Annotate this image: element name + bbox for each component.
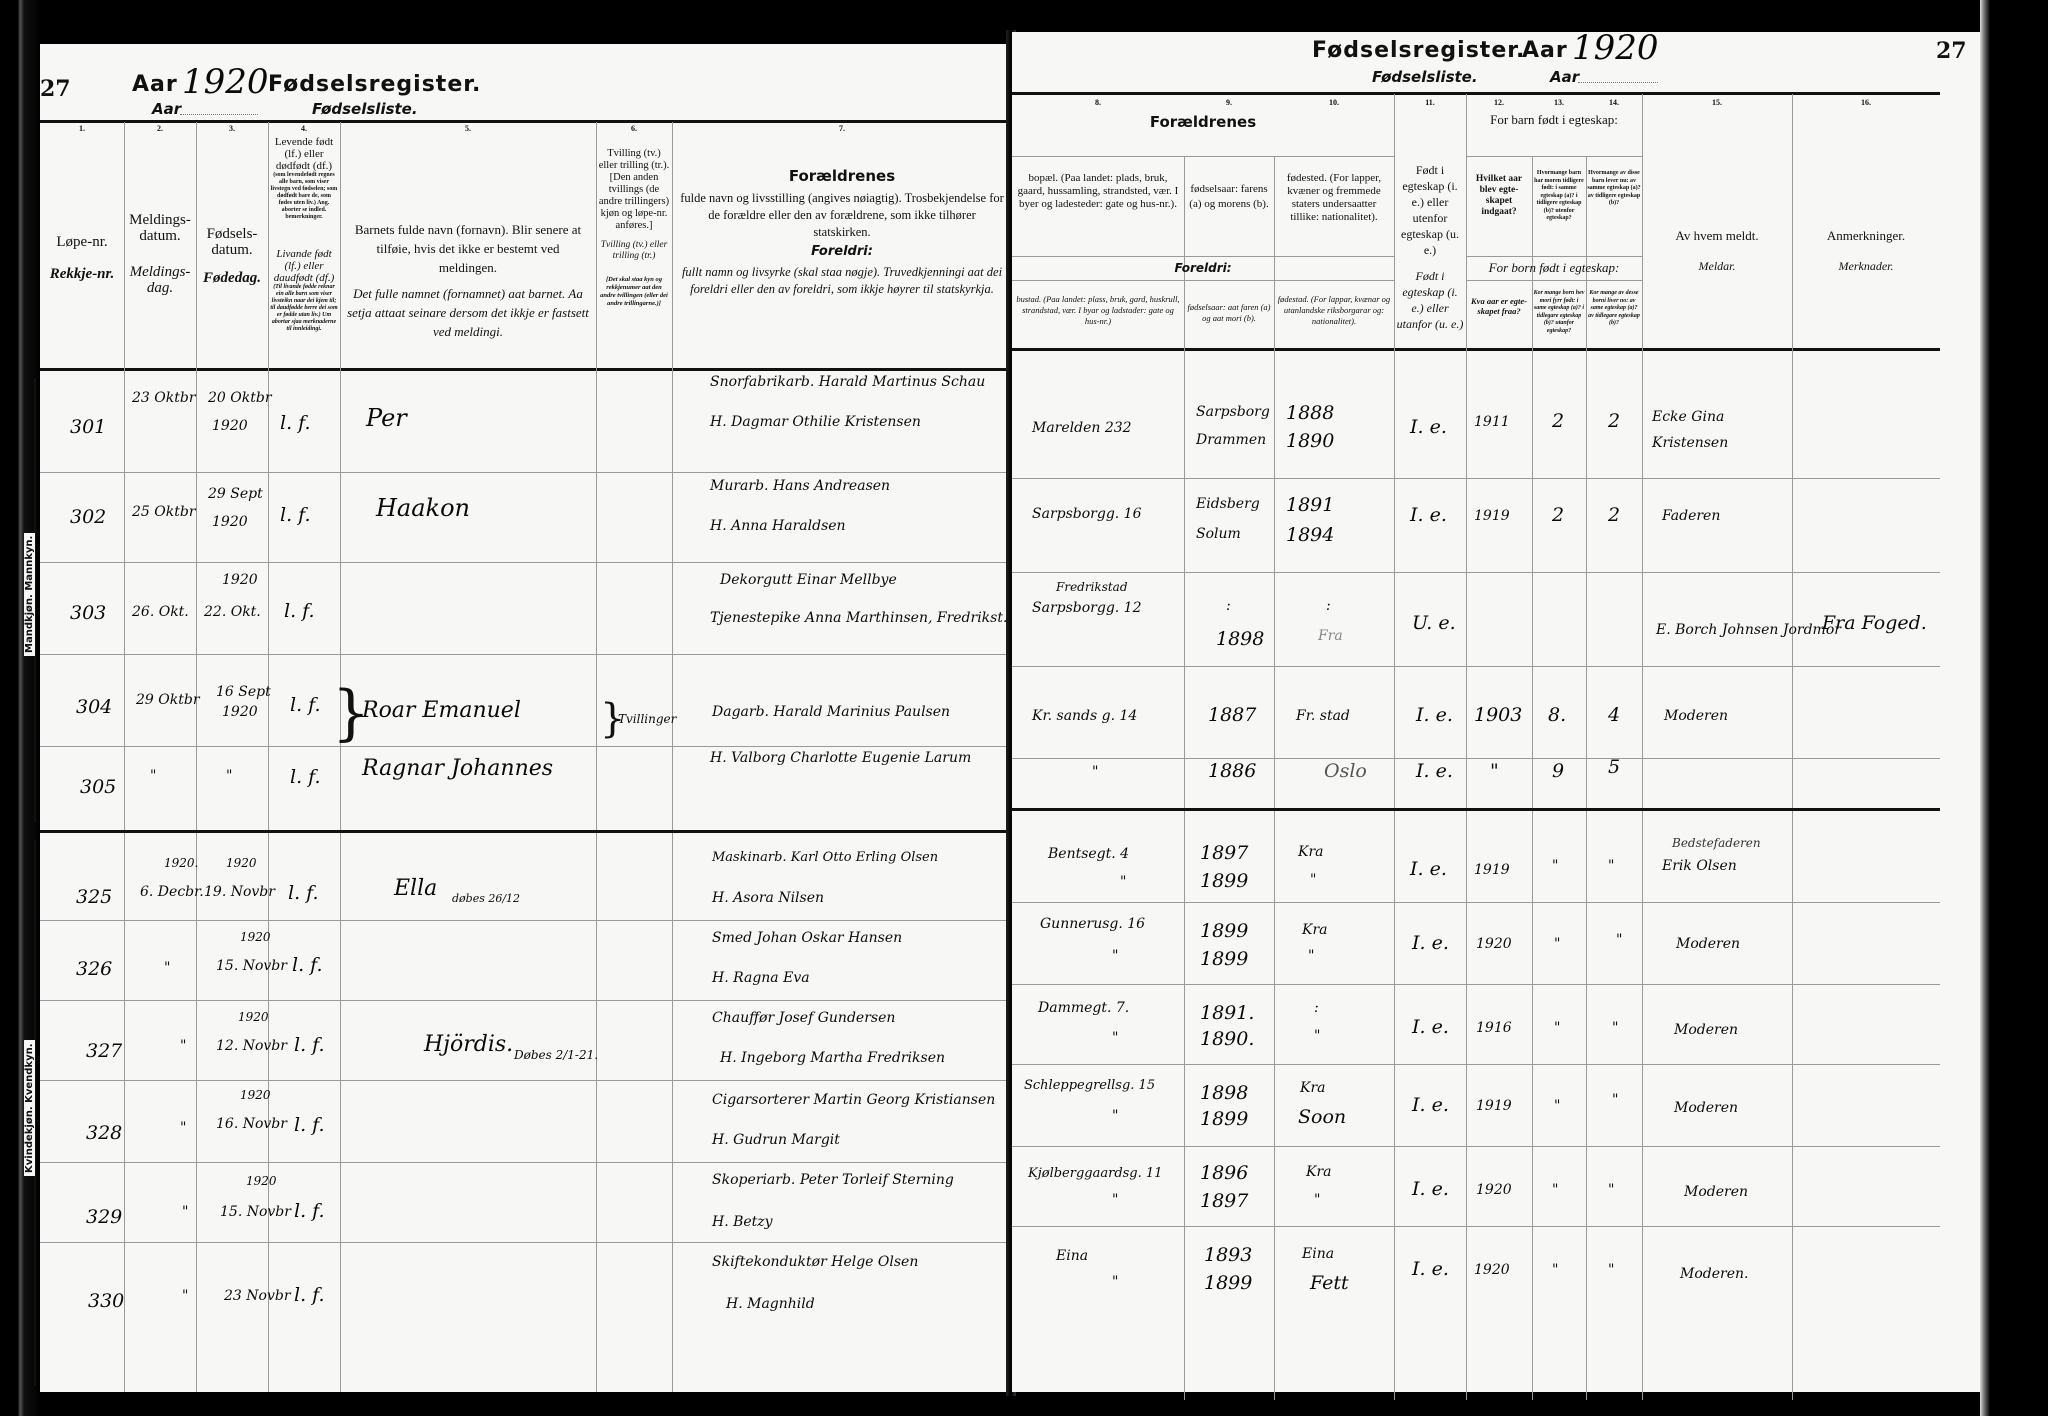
record-residence-note: Fredrikstad — [1056, 580, 1128, 594]
record-nr: 325 — [76, 886, 112, 908]
right-subtitle: Fødselsliste. — [1372, 68, 1478, 86]
row-divider — [1012, 902, 1940, 903]
record-residence: Bentsegt. 4 — [1048, 846, 1129, 862]
record-mother: H. Magnhild — [726, 1296, 815, 1312]
record-birth-year: 1920 — [240, 1088, 271, 1102]
row-divider — [40, 472, 1012, 473]
col-15-label-nn: Meldar. — [1642, 258, 1792, 274]
record-prior-children: " — [1552, 858, 1558, 874]
record-birthyear-mother: 1890 — [1286, 430, 1334, 452]
col-divider — [1792, 94, 1793, 1400]
record-reported-date: " — [164, 960, 170, 976]
record-residence-mother: " — [1112, 1274, 1118, 1290]
col-divider — [196, 122, 197, 1392]
record-prior-children: " — [1552, 1182, 1558, 1198]
record-living-children: 2 — [1608, 504, 1620, 526]
record-mother: H. Gudrun Margit — [712, 1132, 840, 1148]
record-birthplace-mother: Fett — [1310, 1272, 1349, 1294]
right-page: Fødselsregister. Aar 1920 27 Fødselslist… — [1012, 32, 1980, 1392]
record-marital-status: I. e. — [1416, 760, 1453, 782]
record-prior-children: 2 — [1552, 504, 1564, 526]
record-birth-date: 12. Novbr — [216, 1038, 287, 1054]
record-birthyear-father: : — [1226, 598, 1231, 614]
col-2-label-nn: Meldings-dag. — [128, 264, 192, 296]
record-prior-children: " — [1554, 1020, 1560, 1036]
record-marriage-year: 1916 — [1476, 1020, 1512, 1036]
row-divider — [40, 920, 1012, 921]
col-6-label-nn: Tvilling (tv.) eller trilling (tr.) — [598, 240, 670, 262]
record-birthplace-mother: " — [1310, 872, 1316, 888]
col-2-number: 2. — [124, 124, 196, 133]
section-divider — [1012, 808, 1940, 811]
record-marriage-year: " — [1490, 760, 1499, 782]
col-6-note-nn: [Det skal staa kyn og rekkjenumer aat de… — [598, 276, 670, 308]
record-nr: 305 — [80, 776, 116, 798]
record-residence: Kr. sands g. 14 — [1032, 708, 1137, 724]
col-4-number: 4. — [268, 124, 340, 133]
record-name-note: Døbes 2/1-21. — [514, 1048, 598, 1062]
record-birth-year: 1920 — [240, 930, 271, 944]
record-child-name: Roar Emanuel — [362, 698, 521, 723]
record-mother: Tjenestepike Anna Marthinsen, Fredrikst. — [710, 610, 1007, 626]
record-live-birth-status: l. f. — [290, 766, 321, 788]
col-9-number: 9. — [1184, 98, 1274, 107]
record-birthyear-father: 1899 — [1200, 920, 1248, 942]
record-marriage-year: 1919 — [1474, 862, 1510, 878]
record-live-birth-status: l. f. — [292, 954, 323, 976]
group-heading-divider — [1466, 280, 1642, 281]
record-child-name: Haakon — [376, 494, 470, 522]
group-heading-divider — [1466, 256, 1642, 257]
col-7-heading-nn: Foreldri: — [672, 244, 1012, 260]
record-name-note: døbes 26/12 — [452, 892, 520, 905]
record-mother: H. Ingeborg Martha Fredriksen — [720, 1050, 945, 1066]
right-year-handwritten: 1920 — [1572, 28, 1659, 68]
record-mother: H. Ragna Eva — [712, 970, 810, 986]
record-birth-date: 16 Sept — [216, 684, 271, 700]
record-birthplace-father: Fr. stad — [1296, 708, 1350, 724]
record-residence: Gunnerusg. 16 — [1040, 916, 1145, 932]
record-residence-mother: " — [1112, 1030, 1118, 1046]
left-page: 27 Aar 1920 Fødselsregister. Aar Fødsels… — [40, 44, 1012, 1392]
col-9-label: fødselsaar: farens (a) og morens (b). — [1186, 182, 1272, 212]
marriage-group-heading: For barn født i egteskap: — [1466, 112, 1642, 128]
record-marriage-year: 1911 — [1474, 414, 1510, 430]
record-reported-by: Moderen — [1674, 1100, 1738, 1116]
record-birthplace-mother: Oslo — [1324, 760, 1367, 782]
record-birthyear-mother: 1894 — [1286, 524, 1334, 546]
col-1-label: Løpe-nr. — [40, 234, 124, 250]
row-divider — [40, 562, 1012, 563]
record-father: Cigarsorterer Martin Georg Kristiansen — [712, 1092, 995, 1108]
record-birthyear-father: 1898 — [1200, 1082, 1248, 1104]
record-reported-date: " — [182, 1204, 188, 1220]
header-rule-top — [1012, 92, 1940, 95]
record-residence: Eina — [1056, 1248, 1088, 1264]
col-divider — [1586, 156, 1587, 1400]
record-birth-year: 1920 — [212, 418, 248, 434]
row-divider — [1012, 984, 1940, 985]
record-prior-children: " — [1552, 1262, 1558, 1278]
record-reported-year: 1920. — [164, 856, 198, 870]
record-birth-date: 16. Novbr — [216, 1116, 287, 1132]
col-6-label: Tvilling (tv.) eller trilling (tr.). [De… — [598, 148, 670, 232]
group-heading-divider — [1012, 156, 1394, 157]
right-page-number: 27 — [1936, 38, 1967, 64]
col-13-label-nn: Kor mange born hev mori fyrr født: i sam… — [1533, 290, 1585, 335]
record-child-name: Hjördis. — [424, 1032, 513, 1057]
record-birth-year: 1920 — [222, 704, 258, 720]
col-divider — [268, 122, 269, 1392]
record-residence: Sarpsborgg. 16 — [1032, 506, 1142, 522]
record-reported-date: 26. Okt. — [132, 604, 189, 620]
col-7-label: fulde navn og livsstilling (angives nøia… — [680, 190, 1004, 241]
record-living-children: 2 — [1608, 410, 1620, 432]
record-child-name: Per — [366, 404, 407, 432]
record-nr: 301 — [70, 416, 106, 438]
record-birthyear-father: 1896 — [1200, 1162, 1248, 1184]
group-heading-divider — [1012, 280, 1394, 281]
record-live-birth-status: l. f. — [290, 694, 321, 716]
record-father: Skoperiarb. Peter Torleif Sterning — [712, 1172, 954, 1188]
record-birthplace-father: Kra — [1300, 1080, 1326, 1096]
group-heading-divider — [1012, 256, 1394, 257]
col-12-number: 12. — [1466, 98, 1532, 107]
record-marital-status: U. e. — [1412, 612, 1456, 634]
record-prior-children: 2 — [1552, 410, 1564, 432]
col-13-label: Hvormange barn har moren tidligere født:… — [1533, 170, 1585, 223]
col-4-label: Levende født (lf.) eller dødfødt (df.) — [270, 136, 338, 172]
aar-blank-line — [180, 114, 258, 115]
record-reported-by: Moderen — [1664, 708, 1728, 724]
col-divider — [124, 122, 125, 1392]
row-divider — [40, 1242, 1012, 1243]
record-reported-by: Moderen — [1676, 936, 1740, 952]
record-birth-year: 1920 — [238, 1010, 269, 1024]
record-residence: Sarpsborgg. 12 — [1032, 600, 1142, 616]
col-3-number: 3. — [196, 124, 268, 133]
col-2-label: Meldings-datum. — [128, 212, 192, 244]
col-4-note-nn: (Til livande fødde reknar ein alle barn … — [270, 284, 338, 333]
col-7-heading: Forældrenes — [672, 168, 1012, 184]
record-mother: H. Anna Haraldsen — [710, 518, 846, 534]
record-birth-year: 1920 — [226, 856, 257, 870]
row-divider — [40, 1080, 1012, 1081]
record-birth-date: 22. Okt. — [204, 604, 261, 620]
col-5-label: Barnets fulde navn (fornavn). Blir sener… — [346, 220, 590, 277]
row-divider — [1012, 758, 1940, 759]
col-11-number: 11. — [1394, 98, 1466, 107]
record-marriage-year: 1920 — [1474, 1262, 1510, 1278]
record-father: Chauffør Josef Gundersen — [712, 1010, 895, 1026]
record-child-name: Ella — [394, 876, 437, 901]
record-reported-by: Faderen — [1662, 508, 1720, 524]
record-marriage-year: 1920 — [1476, 936, 1512, 952]
row-divider — [40, 1162, 1012, 1163]
col-1-number: 1. — [40, 124, 124, 133]
record-mother: H. Betzy — [712, 1214, 773, 1230]
col-5-number: 5. — [340, 124, 596, 133]
female-section-label: Kvindekjøn. Kvendkyn. — [24, 1040, 35, 1176]
record-marital-status: I. e. — [1416, 704, 1453, 726]
record-prior-children: " — [1554, 936, 1560, 952]
record-living-children: " — [1608, 1262, 1614, 1278]
record-reported-date: " — [150, 768, 156, 784]
record-child-name: Ragnar Johannes — [362, 756, 553, 781]
record-birthplace-mother: Soon — [1298, 1106, 1346, 1128]
col-5-label-nn: Det fulle namnet (fornamnet) aat barnet.… — [346, 284, 590, 341]
record-marital-status: I. e. — [1410, 504, 1447, 526]
row-divider — [1012, 478, 1940, 479]
record-birth-date: 29 Sept — [208, 486, 263, 502]
col-16-label-nn: Merknader. — [1792, 258, 1940, 274]
aar-blank-line — [1578, 82, 1658, 83]
record-reported-date: 23 Oktbr — [132, 390, 196, 406]
record-mother: H. Asora Nilsen — [712, 890, 824, 906]
row-divider — [1012, 1226, 1940, 1227]
row-divider — [1012, 1146, 1940, 1147]
record-father: Dekorgutt Einar Mellbye — [720, 572, 897, 588]
record-birth-date: 20 Oktbr — [208, 390, 272, 406]
record-twin-note: Tvillinger — [618, 712, 676, 726]
record-reported-by: Moderen. — [1680, 1266, 1748, 1282]
record-father: Maskinarb. Karl Otto Erling Olsen — [712, 850, 938, 865]
record-reported-date: " — [182, 1288, 188, 1304]
record-marital-status: I. e. — [1412, 1094, 1449, 1116]
record-marriage-year: 1920 — [1476, 1182, 1512, 1198]
col-divider — [1274, 156, 1275, 1400]
record-prior-children: 8. — [1548, 704, 1566, 726]
record-marriage-year: 1919 — [1476, 1098, 1512, 1114]
record-father: Skiftekonduktør Helge Olsen — [712, 1254, 918, 1270]
col-10-label: fødested. (For lapper, kvæner og fremmed… — [1276, 172, 1392, 224]
record-marriage-year: 1919 — [1474, 508, 1510, 524]
right-register-title: Fødselsregister. — [1312, 38, 1525, 63]
record-birth-year: 1920 — [222, 572, 258, 588]
col-6-number: 6. — [596, 124, 672, 133]
left-subtitle: Fødselsliste. — [312, 100, 418, 118]
record-birthplace-father: Kra — [1306, 1164, 1332, 1180]
record-prior-children: " — [1554, 1098, 1560, 1114]
record-live-birth-status: l. f. — [284, 600, 315, 622]
record-live-birth-status: l. f. — [294, 1200, 325, 1222]
col-10-label-nn: fødestad. (For lappar, kvænar og utanlan… — [1276, 294, 1392, 327]
record-residence-mother: " — [1112, 1192, 1118, 1208]
record-birth-date: 23 Novbr — [224, 1288, 291, 1304]
record-living-children: " — [1612, 1092, 1618, 1108]
record-birthplace-father: Kra — [1302, 922, 1328, 938]
group-heading-divider — [1466, 156, 1642, 157]
col-15-label: Av hvem meldt. — [1642, 228, 1792, 244]
record-living-children: 4 — [1608, 704, 1620, 726]
record-residence-mother: " — [1112, 1108, 1118, 1124]
record-mother: H. Dagmar Othilie Kristensen — [710, 414, 921, 430]
record-reported-by: Erik Olsen — [1662, 858, 1737, 874]
record-residence-mother: " — [1120, 874, 1126, 890]
record-birthyear-mother: 1898 — [1216, 628, 1264, 650]
record-father: Snorfabrikarb. Harald Martinus Schau — [710, 374, 985, 390]
record-birthplace-father: Kra — [1298, 844, 1324, 860]
row-divider — [1012, 666, 1940, 667]
record-live-birth-status: l. f. — [288, 882, 319, 904]
right-aar-label: Aar — [1522, 38, 1568, 63]
col-11-label-nn: Født i egteskap (i. e.) eller utanfor (u… — [1396, 268, 1464, 332]
col-16-number: 16. — [1792, 98, 1940, 107]
record-reported-date: " — [180, 1120, 186, 1136]
col-14-number: 14. — [1586, 98, 1642, 107]
record-birth-year: 1920 — [212, 514, 248, 530]
record-birthplace-mother: " — [1314, 1192, 1320, 1208]
record-birthplace-mother: " — [1314, 1028, 1320, 1044]
row-divider — [1012, 572, 1940, 573]
record-father: Dagarb. Harald Marinius Paulsen — [712, 704, 950, 720]
record-birthyear-father: 1887 — [1208, 704, 1256, 726]
record-reported-by: Moderen — [1674, 1022, 1738, 1038]
col-divider — [1466, 94, 1467, 1400]
record-reported-by: Moderen — [1684, 1184, 1748, 1200]
record-live-birth-status: l. f. — [294, 1284, 325, 1306]
record-birthyear-mother: 1890. — [1200, 1028, 1254, 1050]
record-reported-date: 25 Oktbr — [132, 504, 196, 520]
book-edge-right — [1980, 0, 2048, 1416]
record-birth-date: " — [226, 768, 232, 784]
record-birth-date: 15. Novbr — [220, 1204, 291, 1220]
record-birthyear-mother: 1899 — [1200, 948, 1248, 970]
row-divider — [40, 654, 1012, 655]
record-birthplace-father: Sarpsborg — [1196, 404, 1270, 420]
male-section-label: Mandkjøn. Mannkyn. — [24, 533, 35, 656]
record-nr: 304 — [76, 696, 112, 718]
record-live-birth-status: l. f. — [294, 1114, 325, 1136]
col-divider — [596, 122, 597, 1392]
parents-group-heading: Forældrenes — [1012, 114, 1394, 130]
record-nr: 328 — [86, 1122, 122, 1144]
left-aar-label: Aar — [132, 72, 178, 97]
col-divider — [1642, 94, 1643, 1400]
record-reported-date: 6. Decbr. — [140, 884, 204, 900]
col-8-label: bopæl. (Paa landet: plads, bruk, gaard, … — [1016, 172, 1180, 211]
record-living-children: " — [1608, 858, 1614, 874]
record-birthplace-father: Eina — [1302, 1246, 1334, 1262]
record-birthyear-father: 1897 — [1200, 842, 1248, 864]
col-10-number: 10. — [1274, 98, 1394, 107]
col-7-number: 7. — [672, 124, 1012, 133]
record-living-children: " — [1608, 1182, 1614, 1198]
col-13-number: 13. — [1532, 98, 1586, 107]
record-living-children: " — [1616, 932, 1622, 948]
col-14-label-nn: Kor mange av desse borni liver no: av sa… — [1587, 290, 1641, 328]
record-birthplace-mother: Solum — [1196, 526, 1241, 542]
record-marital-status: I. e. — [1412, 1178, 1449, 1200]
record-marital-status: I. e. — [1412, 1016, 1449, 1038]
record-birthyear-mother: 1899 — [1200, 870, 1248, 892]
row-divider — [40, 1000, 1012, 1001]
record-marriage-year: 1903 — [1474, 704, 1522, 726]
record-birthyear-mother: 1899 — [1200, 1108, 1248, 1130]
col-8-label-nn: bustad. (Paa landet: plass, bruk, gard, … — [1016, 294, 1180, 327]
record-birthyear-mother: 1897 — [1200, 1190, 1248, 1212]
left-year-handwritten: 1920 — [182, 62, 269, 102]
record-birthplace-mother: Fra — [1318, 628, 1343, 644]
col-12-label-nn: Kva aar er egte-skapet fraa? — [1468, 296, 1530, 316]
col-16-label: Anmerkninger. — [1792, 228, 1940, 244]
record-nr: 327 — [86, 1040, 122, 1062]
col-15-number: 15. — [1642, 98, 1792, 107]
record-nr: 302 — [70, 506, 106, 528]
record-live-birth-status: l. f. — [280, 412, 311, 434]
col-4-note: (som levendefødt regnes alle barn, som v… — [270, 172, 338, 221]
record-birthyear-father: 1891 — [1286, 494, 1334, 516]
col-4-label-nn: Livande født (lf.) eller daudfødt (df.) — [270, 248, 338, 284]
record-nr: 329 — [86, 1206, 122, 1228]
record-nr: 303 — [70, 602, 106, 624]
record-residence: Schleppegrellsg. 15 — [1024, 1078, 1155, 1093]
header-rule-bottom — [1012, 348, 1940, 351]
record-birthyear-father: 1891. — [1200, 1002, 1254, 1024]
record-birthplace-father: : — [1314, 1000, 1319, 1016]
record-birth-date: 15. Novbr — [216, 958, 287, 974]
record-reported-by: E. Borch Johnsen Jordmor — [1656, 622, 1841, 638]
left-register-title: Fødselsregister. — [268, 72, 481, 97]
col-3-label: Fødsels-datum. — [200, 226, 264, 258]
record-reported-date: 29 Oktbr — [136, 692, 200, 708]
record-mother: H. Valborg Charlotte Eugenie Larum — [710, 750, 971, 766]
record-birthplace-father: Eidsberg — [1196, 496, 1260, 512]
col-9-label-nn: fødselsaar: aat faren (a) og aat mori (b… — [1186, 302, 1272, 324]
parents-group-heading-nn: Foreldri: — [1012, 260, 1394, 276]
record-live-birth-status: l. f. — [280, 504, 311, 526]
record-birthyear-mother: 1899 — [1204, 1272, 1252, 1294]
record-residence-mother: " — [1112, 948, 1118, 964]
left-page-number: 27 — [40, 76, 71, 102]
col-divider — [1532, 156, 1533, 1400]
col-8-number: 8. — [1012, 98, 1184, 107]
col-divider — [672, 122, 673, 1392]
record-birth-date: 19. Novbr — [204, 884, 275, 900]
record-birth-year: 1920 — [246, 1174, 277, 1188]
record-marital-status: I. e. — [1410, 858, 1447, 880]
record-birthplace-father: : — [1326, 598, 1331, 614]
record-nr: 330 — [88, 1290, 124, 1312]
record-birthplace-mother: " — [1308, 948, 1314, 964]
record-birthyear-father: 1893 — [1204, 1244, 1252, 1266]
record-prior-children: 9 — [1552, 760, 1564, 782]
row-divider — [40, 746, 1012, 747]
col-divider — [340, 122, 341, 1392]
row-divider — [1012, 1064, 1940, 1065]
record-marital-status: I. e. — [1410, 416, 1447, 438]
col-11-label: Født i egteskap (i. e.) eller utenfor eg… — [1396, 162, 1464, 258]
section-divider — [40, 830, 1012, 833]
record-residence: " — [1092, 764, 1098, 780]
col-1-label-nn: Rekkje-nr. — [40, 266, 124, 282]
record-reported-by-relation: Bedstefaderen — [1672, 836, 1761, 850]
record-reported-by: Ecke Gina Kristensen — [1652, 404, 1792, 456]
record-living-children: 5 — [1608, 756, 1620, 778]
marriage-group-heading-nn: For born født i egteskap: — [1466, 260, 1642, 276]
col-14-label: Hvormange av disse barn lever nu: av sam… — [1587, 170, 1641, 208]
record-residence: Marelden 232 — [1032, 420, 1132, 436]
record-father: Murarb. Hans Andreasen — [710, 478, 890, 494]
col-divider — [1184, 156, 1185, 1400]
record-nr: 326 — [76, 958, 112, 980]
header-rule-bottom — [40, 368, 1012, 371]
col-3-label-nn: Fødedag. — [200, 270, 264, 286]
record-birthplace-mother: Drammen — [1196, 432, 1266, 448]
record-marital-status: I. e. — [1412, 932, 1449, 954]
col-12-label: Hvilket aar blev egte-skapet indgaat? — [1468, 174, 1530, 218]
record-remark: Fra Foged. — [1822, 612, 1927, 634]
